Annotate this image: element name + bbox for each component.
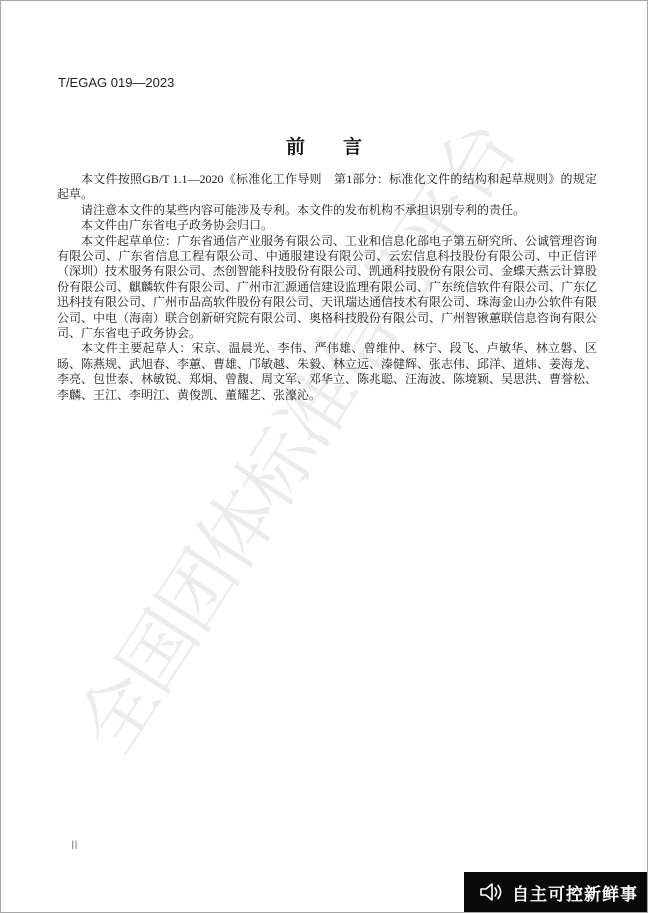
foreword-paragraph-drafting-rule: 本文件按照GB/T 1.1—2020《标准化工作导则 第1部分：标准化文件的结构… [57, 172, 597, 203]
document-page: 全国团体标准信息平台 T/EGAG 019—2023 前 言 本文件按照GB/T… [0, 0, 648, 913]
foreword-paragraph-drafting-units: 本文件起草单位：广东省通信产业服务有限公司、工业和信息化部电子第五研究所、公诚管… [57, 234, 597, 342]
page-title: 前 言 [1, 132, 647, 159]
foreword-paragraph-jurisdiction: 本文件由广东省电子政务协会归口。 [57, 218, 597, 233]
foreword-body: 本文件按照GB/T 1.1—2020《标准化工作导则 第1部分：标准化文件的结构… [57, 172, 597, 403]
foreword-paragraph-patent-notice: 请注意本文件的某些内容可能涉及专利。本文件的发布机构不承担识别专利的责任。 [57, 203, 597, 218]
doc-number: T/EGAG 019—2023 [58, 75, 174, 90]
foreword-paragraph-drafters: 本文件主要起草人：宋京、温晨光、李伟、严伟雄、曾维仲、林宁、段飞、卢敏华、林立磐… [57, 341, 597, 403]
badge-label: 自主可控新鲜事 [512, 880, 638, 905]
channel-badge: 自主可控新鲜事 [464, 872, 648, 912]
page-number: II [71, 838, 78, 852]
speaker-icon [478, 879, 504, 905]
